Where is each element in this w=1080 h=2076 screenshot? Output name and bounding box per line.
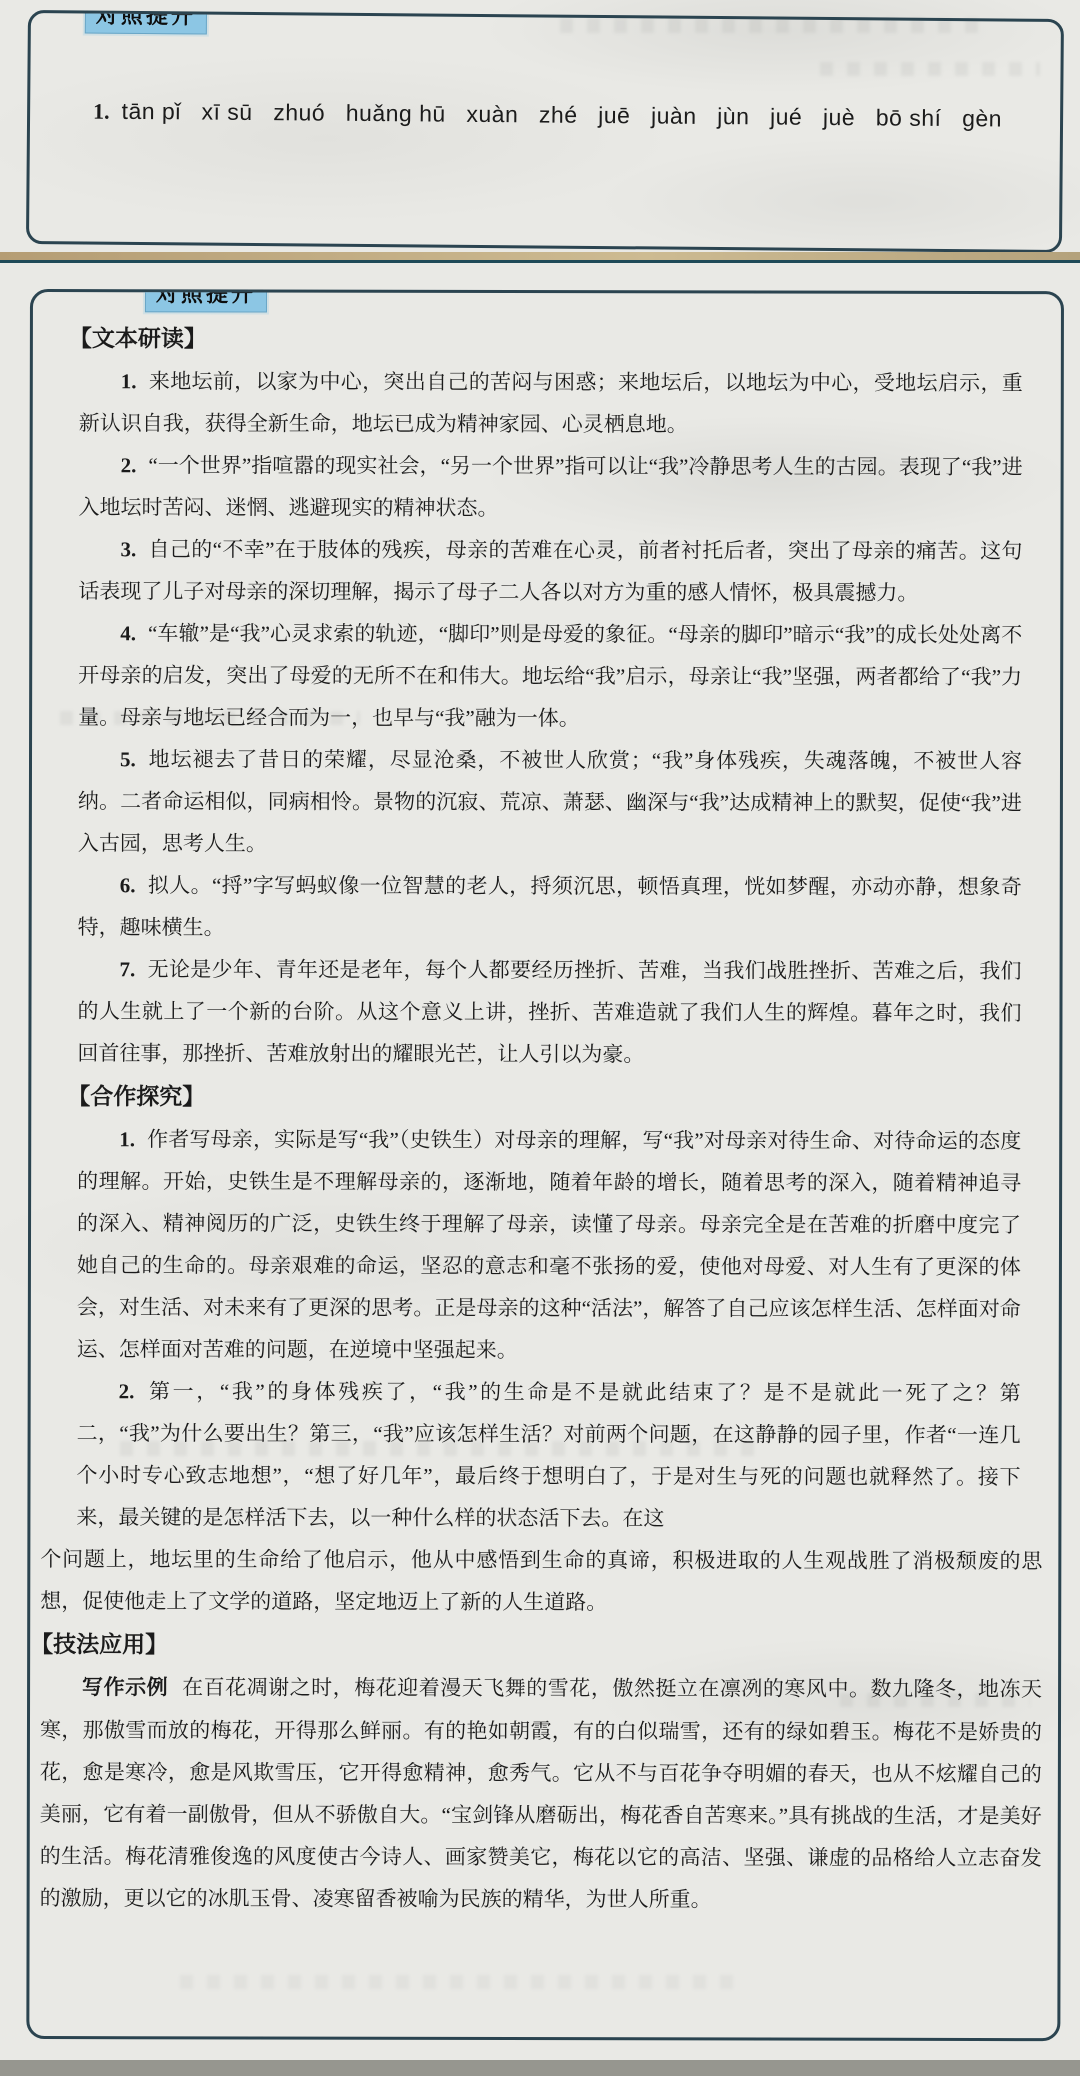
page-top-scan: 对照提升 1.tān pǐ xī sū zhuó huǎng hū xuàn z… (0, 0, 1080, 252)
writing-example-paragraph: 写作示例在百花凋谢之时，梅花迎着漫天飞舞的雪花，傲然挺立在凛冽的寒风中。数九隆冬… (40, 1666, 1043, 1921)
section-badge-label: 对照提升 (96, 10, 196, 28)
section-badge: 对照提升 (85, 10, 207, 35)
answer-text: 作者写母亲，实际是写“我”（史铁生）对母亲的理解，写“我”对母亲对待生命、对待命… (77, 1127, 1021, 1362)
answer-paragraph: 5.地坛褪去了昔日的荣耀，尽显沧桑，不被世人欣赏；“我”身体残疾，失魂落魄，不被… (78, 738, 1022, 866)
section-heading-hezuo: 【合作探究】 (67, 1074, 1021, 1120)
item-number: 3. (120, 537, 136, 561)
item-number: 1. (119, 1127, 135, 1151)
answer-paragraph: 2.第一，“我”的身体残疾了，“我”的生命是不是就此结束了？是不是就此一死了之？… (76, 1370, 1020, 1540)
section-badge: 对照提升 (145, 289, 267, 312)
item-number: 6. (120, 873, 136, 897)
answer-text: “车辙”是“我”心灵求索的轨迹，“脚印”则是母爱的象征。“母亲的脚印”暗示“我”… (78, 621, 1022, 730)
answer-paragraph: 3.自己的“不幸”在于肢体的残疾，母亲的苦难在心灵，前者衬托后者，突出了母亲的痛… (78, 528, 1022, 614)
item-number: 1. (121, 369, 137, 393)
writing-example-text: 在百花凋谢之时，梅花迎着漫天飞舞的雪花，傲然挺立在凛冽的寒风中。数九隆冬，地冻天… (40, 1675, 1042, 1911)
answer-paragraph: 1.来地坛前，以家为中心，突出自己的苦闷与困惑；来地坛后，以地坛为中心，受地坛启… (79, 360, 1023, 446)
item-number: 5. (120, 747, 136, 771)
answer-paragraph: 1.作者写母亲，实际是写“我”（史铁生）对母亲的理解，写“我”对母亲对待生命、对… (77, 1118, 1022, 1372)
answer-text: 拟人。“捋”字写蚂蚁像一位智慧的老人，捋须沉思，顿悟真理，恍如梦醒，亦动亦静，想… (78, 873, 1022, 939)
item-number: 2. (119, 1379, 135, 1403)
answer-text: 无论是少年、青年还是老年，每个人都要经历挫折、苦难，当我们战胜挫折、苦难之后，我… (77, 957, 1021, 1066)
item-number: 4. (120, 621, 136, 645)
section-heading-wenben: 【文本研读】 (69, 316, 1023, 362)
writing-example-label: 写作示例 (82, 1676, 168, 1699)
answer-text: 自己的“不幸”在于肢体的残疾，母亲的苦难在心灵，前者衬托后者，突出了母亲的痛苦。… (78, 537, 1022, 605)
pinyin-text: tān pǐ xī sū zhuó huǎng hū xuàn zhé juē … (122, 98, 1003, 132)
page-gap-strip (0, 252, 1080, 260)
answer-box-top: 对照提升 1.tān pǐ xī sū zhuó huǎng hū xuàn z… (26, 10, 1064, 253)
section-heading-jifa: 【技法应用】 (30, 1622, 1042, 1668)
answer-paragraph: 2.“一个世界”指喧嚣的现实社会，“另一个世界”指可以让“我”冷静思考人生的古园… (78, 444, 1022, 530)
answer-paragraph: 4.“车辙”是“我”心灵求索的轨迹，“脚印”则是母爱的象征。“母亲的脚印”暗示“… (78, 612, 1022, 740)
answer-paragraph: 6.拟人。“捋”字写蚂蚁像一位智慧的老人，捋须沉思，顿悟真理，恍如梦醒，亦动亦静… (78, 864, 1022, 950)
section-badge-label: 对照提升 (156, 289, 256, 306)
answer-paragraph: 7.无论是少年、青年还是老年，每个人都要经历挫折、苦难，当我们战胜挫折、苦难之后… (77, 948, 1021, 1076)
pinyin-answer-line-2: kè liú li tuì tuí yù yùn tiē tiè tiě (58, 186, 1041, 253)
answer-paragraph-continued: 个问题上，地坛里的生命给了他启示，他从中感悟到生命的真谛，积极进取的人生观战胜了… (40, 1538, 1042, 1624)
answer-text: “一个世界”指喧嚣的现实社会，“另一个世界”指可以让“我”冷静思考人生的古园。表… (79, 453, 1023, 520)
item-number: 1. (93, 99, 110, 124)
answer-text: 来地坛前，以家为中心，突出自己的苦闷与困惑；来地坛后，以地坛为中心，受地坛启示，… (79, 369, 1023, 436)
pinyin-answer-line-1: 1.tān pǐ xī sū zhuó huǎng hū xuàn zhé ju… (59, 35, 1042, 195)
answer-text: 地坛褪去了昔日的荣耀，尽显沧桑，不被世人欣赏；“我”身体残疾，失魂落魄，不被世人… (78, 747, 1022, 855)
item-number: 7. (120, 957, 136, 981)
lower-scan-segment: 个问题上，地坛里的生命给了他启示，他从中感悟到生命的真谛，积极进取的人生观战胜了… (40, 1538, 1043, 1921)
page-main-scan: 对照提升 【文本研读】 1.来地坛前，以家为中心，突出自己的苦闷与困惑；来地坛后… (0, 260, 1080, 2060)
answer-box-main: 对照提升 【文本研读】 1.来地坛前，以家为中心，突出自己的苦闷与困惑；来地坛后… (26, 289, 1064, 2041)
answer-text: 第一，“我”的身体残疾了，“我”的生命是不是就此结束了？是不是就此一死了之？第二… (76, 1379, 1020, 1530)
item-number: 2. (121, 453, 137, 477)
